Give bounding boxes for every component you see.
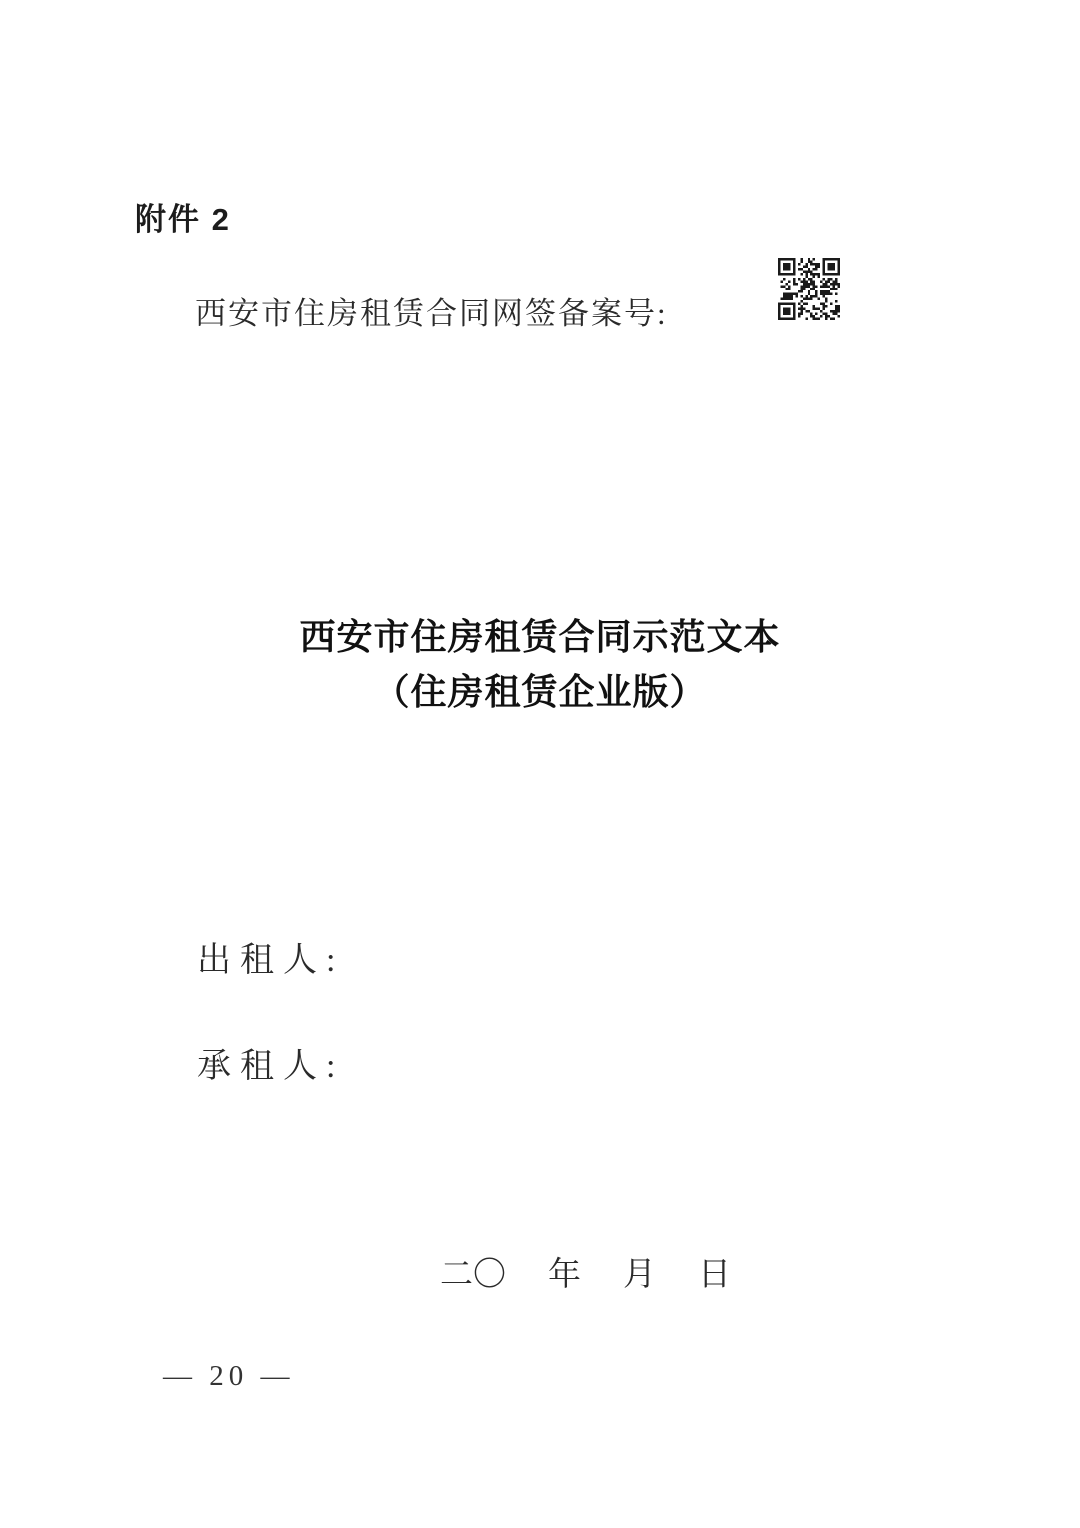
document-title: 西安市住房租赁合同示范文本 （住房租赁企业版）: [0, 610, 1080, 720]
document-title-line2: （住房租赁企业版）: [0, 665, 1080, 720]
qr-code-icon: [778, 257, 840, 321]
date-line: 二〇 年 月 日: [440, 1248, 731, 1295]
page-number: — 20 —: [163, 1360, 295, 1393]
date-era: 二〇: [440, 1248, 506, 1295]
contract-cover-page: 附件 2 西安市住房租赁合同网签备案号: 西安市住房租赁合同示范文本 （住房租赁…: [0, 0, 1080, 1528]
document-title-line1: 西安市住房租赁合同示范文本: [0, 610, 1080, 665]
date-month-label: 月: [623, 1248, 656, 1295]
lessee-label: 承租人:: [197, 1038, 344, 1087]
date-year-label: 年: [548, 1248, 581, 1295]
registration-number-label: 西安市住房租赁合同网签备案号:: [195, 288, 668, 333]
lessor-label: 出租人:: [197, 932, 344, 981]
date-day-label: 日: [698, 1248, 731, 1295]
attachment-label: 附件 2: [135, 194, 231, 239]
